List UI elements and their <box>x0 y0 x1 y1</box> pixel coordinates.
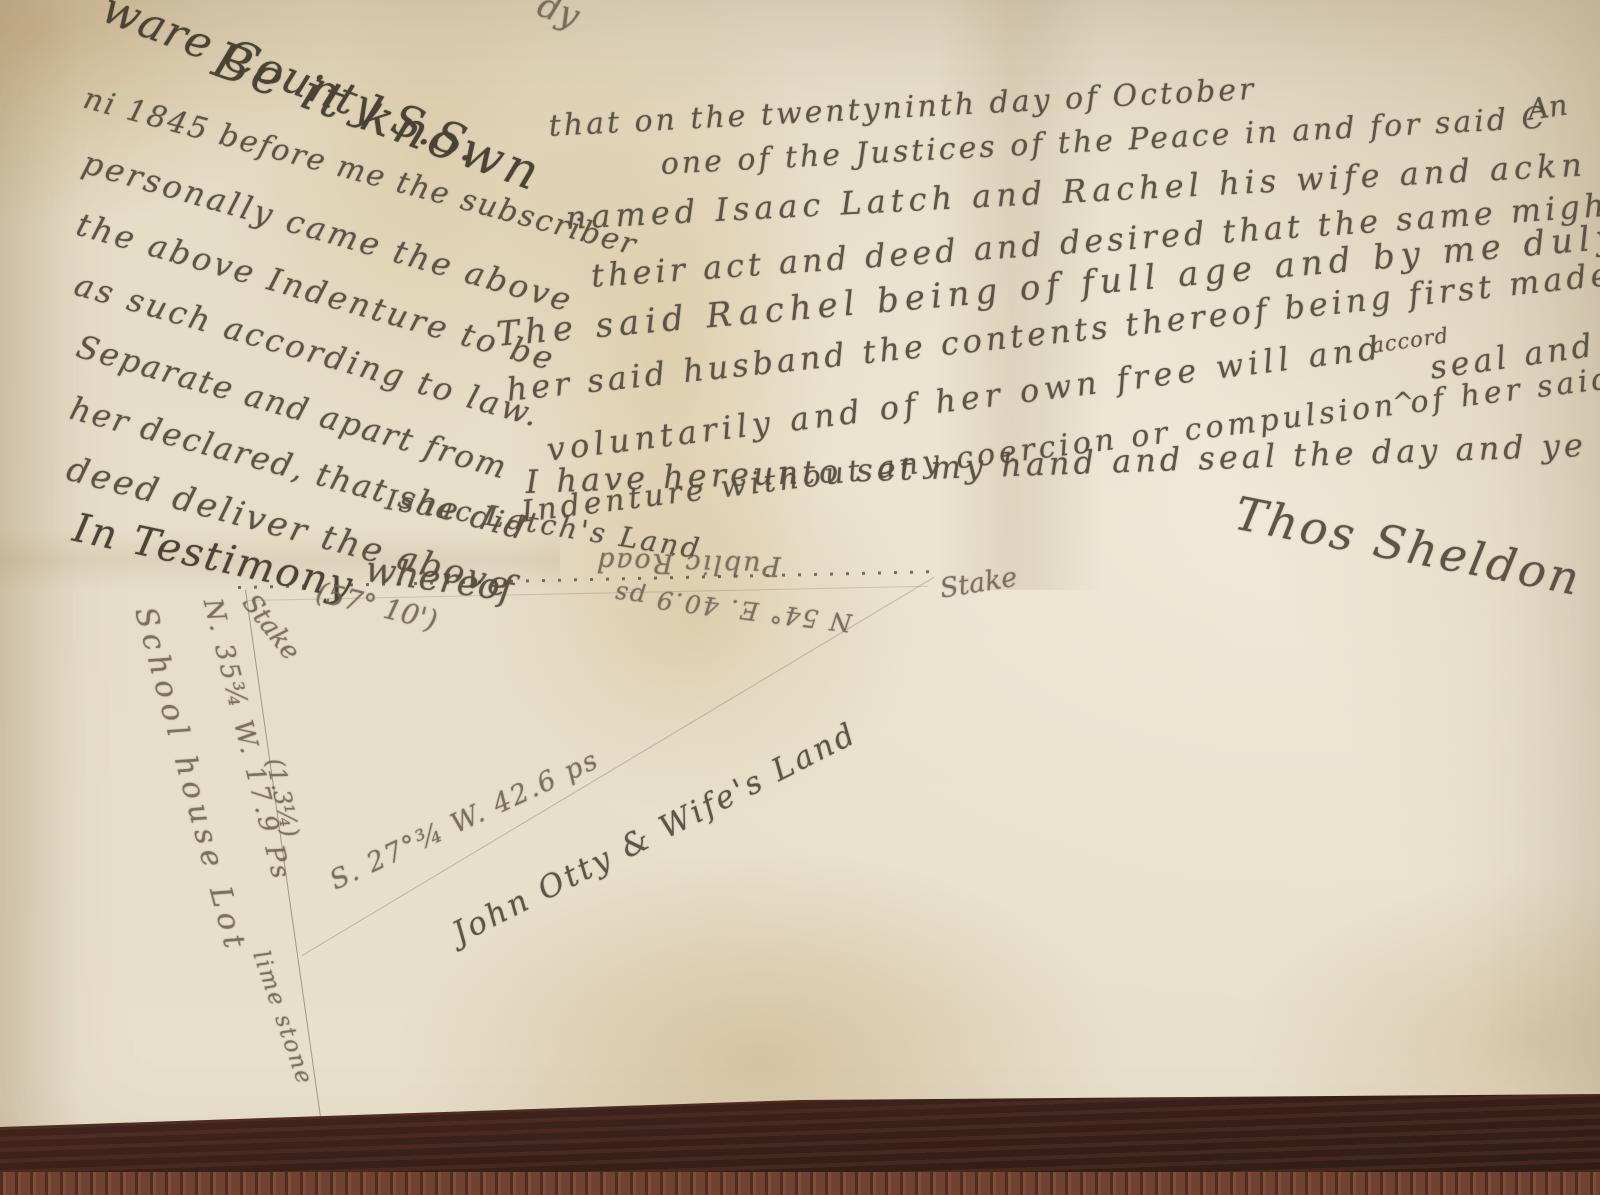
photo-of-deed: dy ware County S.S. Be it known that on … <box>0 0 1600 1195</box>
wood-table-front <box>0 1172 1600 1195</box>
survey-road-label-upside-down: Public Road <box>595 548 781 580</box>
